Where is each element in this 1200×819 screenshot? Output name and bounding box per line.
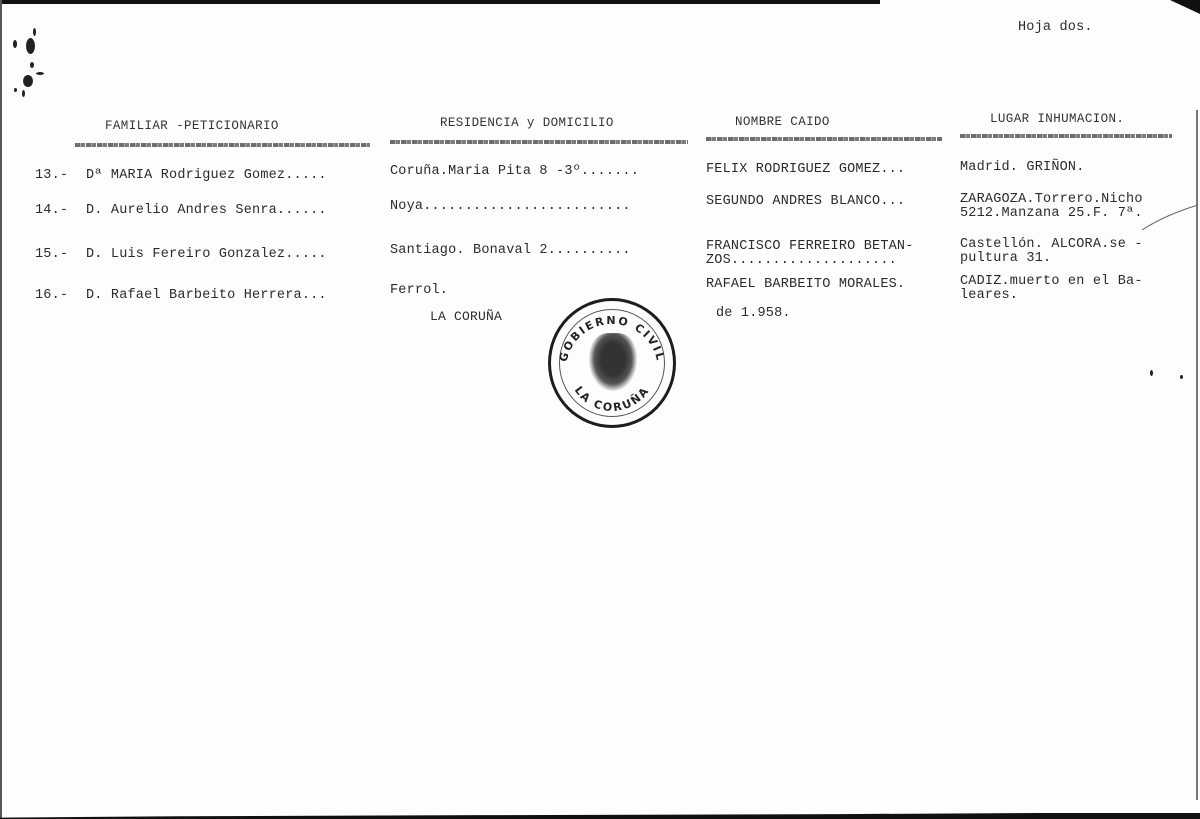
scan-edge-top bbox=[0, 0, 880, 4]
column-header-petitioner: FAMILIAR -PETICIONARIO bbox=[105, 119, 279, 133]
scan-corner bbox=[1170, 0, 1200, 14]
fallen-name-line-1: FRANCISCO FERREIRO BETAN- bbox=[706, 239, 914, 254]
residence: Coruña.Maria Pita 8 -3º....... bbox=[390, 164, 639, 179]
svg-text:GOBIERNO CIVIL: GOBIERNO CIVIL bbox=[557, 314, 668, 363]
burial-place-line-2: 5212.Manzana 25.F. 7ª. bbox=[960, 206, 1143, 221]
header-underline bbox=[75, 143, 370, 147]
scan-edge-left bbox=[0, 0, 2, 819]
header-underline bbox=[706, 137, 942, 141]
residence: Ferrol. bbox=[390, 283, 448, 298]
page-label: Hoja dos. bbox=[1018, 20, 1093, 35]
pen-stroke-mark bbox=[1140, 200, 1200, 240]
header-underline bbox=[390, 140, 688, 144]
burial-place-line-2: leares. bbox=[960, 288, 1018, 303]
fallen-name: RAFAEL BARBEITO MORALES. bbox=[706, 277, 905, 292]
column-header-fallen-name: NOMBRE CAIDO bbox=[735, 115, 830, 129]
fallen-name: FELIX RODRIGUEZ GOMEZ... bbox=[706, 162, 905, 177]
row-number: 13.- bbox=[35, 168, 68, 183]
petitioner-name: D. Aurelio Andres Senra...... bbox=[86, 203, 327, 218]
petitioner-name: D. Luis Fereiro Gonzalez..... bbox=[86, 247, 327, 262]
ink-speck bbox=[1180, 375, 1183, 379]
burial-place: Madrid. GRIÑON. bbox=[960, 160, 1085, 175]
burial-place-line-1: CADIZ.muerto en el Ba- bbox=[960, 274, 1143, 289]
ink-speck bbox=[1150, 370, 1153, 376]
petitioner-name: D. Rafael Barbeito Herrera... bbox=[86, 288, 327, 303]
burial-place-line-1: Castellón. ALCORA.se - bbox=[960, 237, 1143, 252]
scan-edge-bottom bbox=[0, 812, 1200, 819]
column-header-burial-place: LUGAR INHUMACION. bbox=[990, 112, 1124, 126]
burial-place-line-2: pultura 31. bbox=[960, 251, 1051, 266]
fallen-name: SEGUNDO ANDRES BLANCO... bbox=[706, 194, 905, 209]
row-number: 15.- bbox=[35, 247, 68, 262]
footer-date: de 1.958. bbox=[716, 306, 791, 321]
official-stamp: GOBIERNO CIVIL LA CORUÑA bbox=[548, 298, 676, 428]
stamp-text-ring: GOBIERNO CIVIL LA CORUÑA bbox=[548, 298, 676, 428]
fallen-name-line-2: ZOS.................... bbox=[706, 253, 897, 268]
header-underline bbox=[960, 134, 1172, 138]
residence: Santiago. Bonaval 2.......... bbox=[390, 243, 631, 258]
document-page: Hoja dos. FAMILIAR -PETICIONARIO RESIDEN… bbox=[0, 0, 1200, 819]
svg-text:LA CORUÑA: LA CORUÑA bbox=[572, 384, 652, 414]
row-number: 16.- bbox=[35, 288, 68, 303]
footer-place: LA CORUÑA bbox=[430, 309, 502, 324]
row-number: 14.- bbox=[35, 203, 68, 218]
petitioner-name: Dª MARIA Rodriguez Gomez..... bbox=[86, 168, 327, 183]
column-header-residence: RESIDENCIA y DOMICILIO bbox=[440, 116, 614, 130]
burial-place-line-1: ZARAGOZA.Torrero.Nicho bbox=[960, 192, 1143, 207]
residence: Noya......................... bbox=[390, 199, 631, 214]
